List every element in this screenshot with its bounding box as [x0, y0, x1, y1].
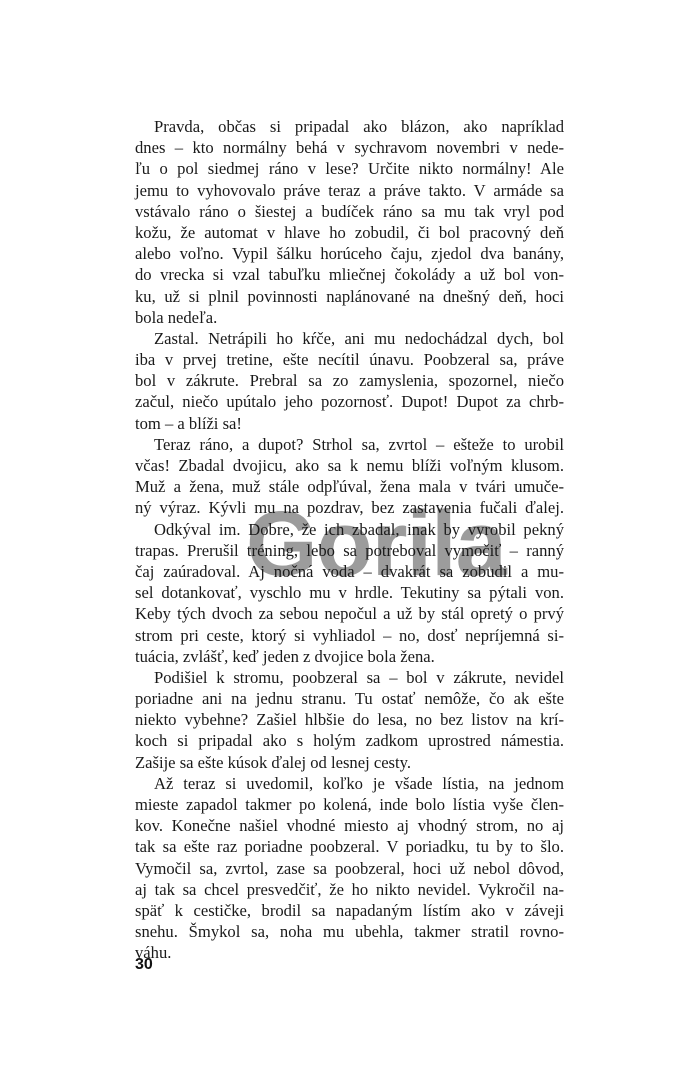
text-line: alebo voľno. Vypil šálku horúceho čaju, …	[135, 243, 564, 264]
text-line: bola nedeľa.	[135, 307, 564, 328]
text-line: aj tak sa chcel presvedčiť, že ho nikto …	[135, 879, 564, 900]
text-line: jemu to vyhovovalo práve teraz a práve t…	[135, 180, 564, 201]
text-line: Podišiel k stromu, poobzeral sa – bol v …	[135, 667, 564, 688]
paragraph: Zastal. Netrápili ho kŕče, ani mu nedoch…	[135, 328, 564, 434]
paragraph: Teraz ráno, a dupot? Strhol sa, zvrtol –…	[135, 434, 564, 519]
text-line: tuácia, zvlášť, keď jeden z dvojice bola…	[135, 646, 564, 667]
text-line: poriadne ani na jednu stranu. Tu ostať n…	[135, 688, 564, 709]
paragraph: Odkýval im. Dobre, že ich zbadal, inak b…	[135, 519, 564, 667]
text-line: Keby tých dvoch za sebou nepočul a už by…	[135, 603, 564, 624]
text-line: iba v prvej tretine, ešte necítil únavu.…	[135, 349, 564, 370]
text-line: vstávalo ráno o šiestej a budíček ráno s…	[135, 201, 564, 222]
text-line: koch si pripadal ako s holým zadkom upro…	[135, 730, 564, 751]
text-line: niekto vybehne? Zašiel hlbšie do lesa, n…	[135, 709, 564, 730]
text-line: späť k cestičke, brodil sa napadaným lís…	[135, 900, 564, 921]
text-line: bol v zákrute. Prebral sa zo zamyslenia,…	[135, 370, 564, 391]
text-line: Odkýval im. Dobre, že ich zbadal, inak b…	[135, 519, 564, 540]
text-line: čaj zaúradoval. Aj nočná voda – dvakrát …	[135, 561, 564, 582]
text-line: váhu.	[135, 942, 564, 963]
text-line: kov. Konečne našiel vhodné miesto aj vho…	[135, 815, 564, 836]
text-line: tom – a blíži sa!	[135, 413, 564, 434]
text-line: dnes – kto normálny behá v sychravom nov…	[135, 137, 564, 158]
text-line: tak sa ešte raz poriadne poobzeral. V po…	[135, 836, 564, 857]
text-line: strom pri ceste, ktorý si vyhliadol – no…	[135, 625, 564, 646]
text-line: snehu. Šmykol sa, noha mu ubehla, takmer…	[135, 921, 564, 942]
text-line: včas! Zbadal dvojicu, ako sa k nemu blíž…	[135, 455, 564, 476]
book-page: Gorila Pravda, občas si pripadal ako blá…	[0, 0, 700, 1081]
text-line: začul, niečo upútalo jeho pozornosť. Dup…	[135, 391, 564, 412]
text-line: do vrecka si vzal tabuľku mliečnej čokol…	[135, 264, 564, 285]
text-line: Až teraz si uvedomil, koľko je všade lís…	[135, 773, 564, 794]
text-line: Teraz ráno, a dupot? Strhol sa, zvrtol –…	[135, 434, 564, 455]
text-line: kožu, že automat v hlave ho zobudil, či …	[135, 222, 564, 243]
paragraph: Až teraz si uvedomil, koľko je všade lís…	[135, 773, 564, 964]
paragraph: Pravda, občas si pripadal ako blázon, ak…	[135, 116, 564, 328]
text-line: sel dotankovať, vyschlo mu v hrdle. Teku…	[135, 582, 564, 603]
text-line: ľu o pol siedmej ráno v lese? Určite nik…	[135, 158, 564, 179]
text-line: ný výraz. Kývli mu na pozdrav, bez zasta…	[135, 497, 564, 518]
text-line: Zastal. Netrápili ho kŕče, ani mu nedoch…	[135, 328, 564, 349]
text-line: trapas. Prerušil tréning, lebo sa potreb…	[135, 540, 564, 561]
text-line: Vymočil sa, zvrtol, zase sa poobzeral, h…	[135, 858, 564, 879]
text-line: Zašije sa ešte kúsok ďalej od lesnej ces…	[135, 752, 564, 773]
text-line: mieste zapadol takmer po kolená, inde bo…	[135, 794, 564, 815]
body-text: Pravda, občas si pripadal ako blázon, ak…	[135, 116, 564, 964]
paragraph: Podišiel k stromu, poobzeral sa – bol v …	[135, 667, 564, 773]
text-line: Pravda, občas si pripadal ako blázon, ak…	[135, 116, 564, 137]
text-line: ku, už si plnil povinnosti naplánované n…	[135, 286, 564, 307]
text-line: Muž a žena, muž stále odpľúval, žena mal…	[135, 476, 564, 497]
